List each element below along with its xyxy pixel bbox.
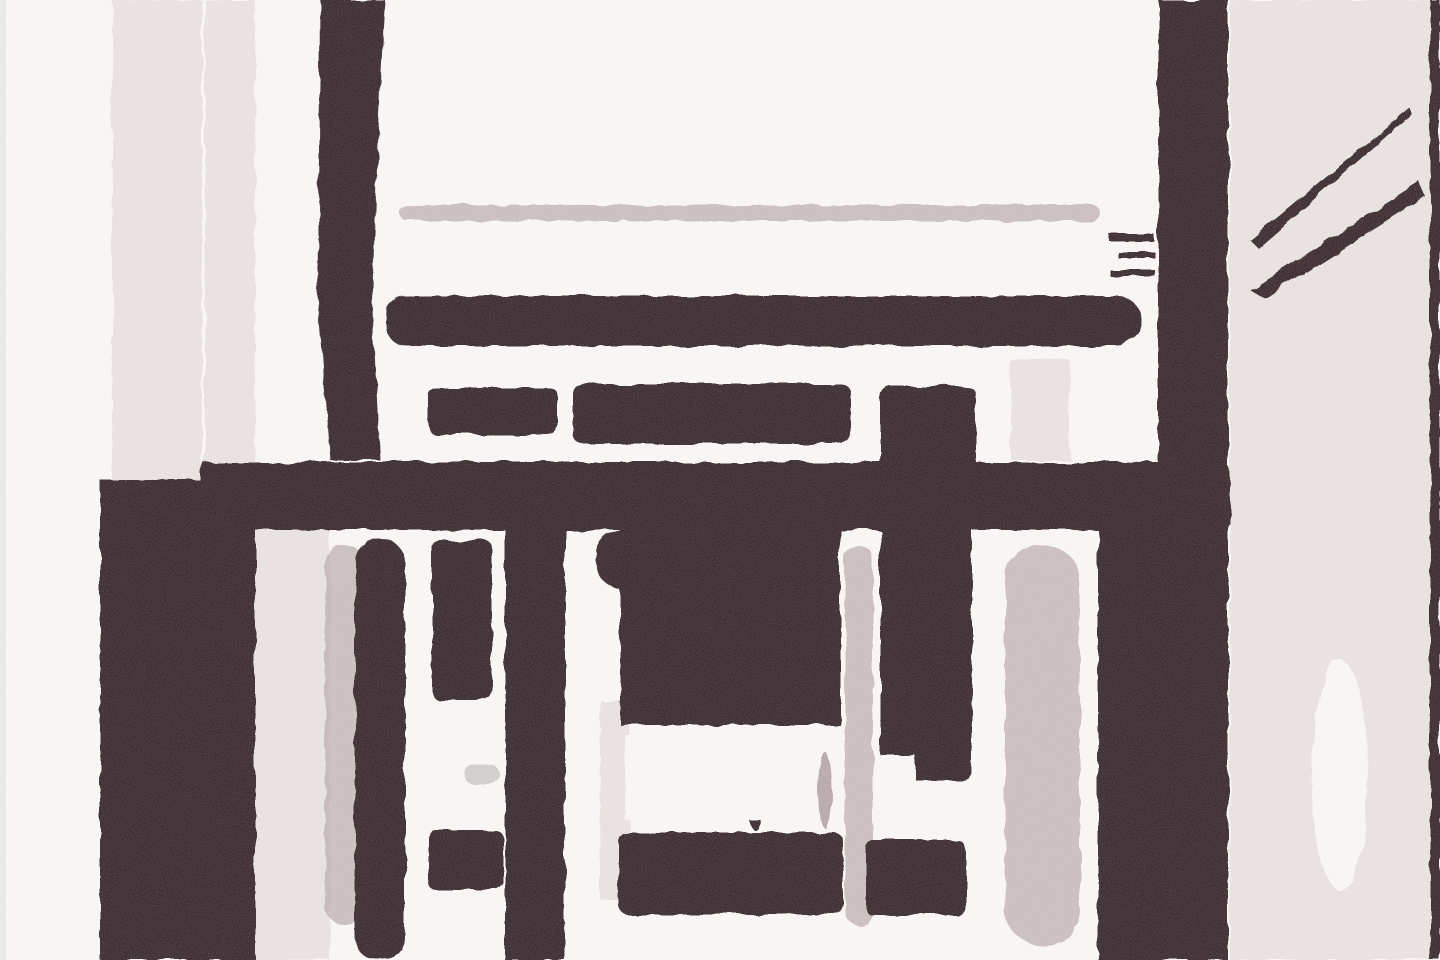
abstract-lithograph-artwork: [0, 0, 1440, 960]
paper-grain: [0, 0, 1440, 960]
